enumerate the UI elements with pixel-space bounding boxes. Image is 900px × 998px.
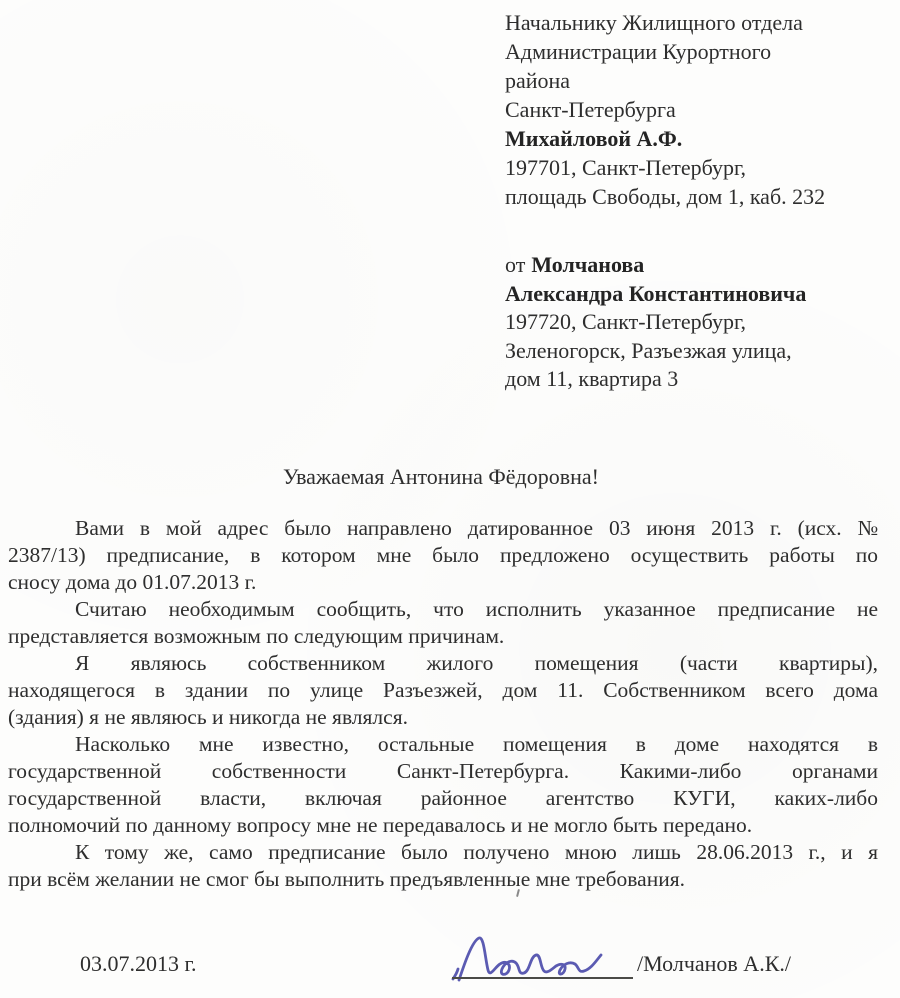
paragraph-4: Насколько мне известно, остальные помеще… xyxy=(8,731,878,839)
paragraph-2: Считаю необходимым сообщить, что исполни… xyxy=(8,596,878,650)
scan-artifact-mark xyxy=(516,889,520,897)
text-line: находящегося в здании по улице Разъезжей… xyxy=(8,677,878,704)
sender-address-line: 197720, Санкт-Петербург, xyxy=(505,308,885,337)
paragraph-3: Я являюсь собственником жилого помещения… xyxy=(8,650,878,731)
text-line: при всём желании не смог бы выполнить пр… xyxy=(8,866,878,893)
signature xyxy=(450,933,636,983)
text-line: Я являюсь собственником жилого помещения… xyxy=(8,650,878,677)
salutation: Уважаемая Антонина Фёдоровна! xyxy=(8,464,874,490)
text-line: представляется возможным по следующим пр… xyxy=(8,623,878,650)
recipient-line: Начальнику Жилищного отдела xyxy=(505,8,885,37)
recipient-address-line: площадь Свободы, дом 1, каб. 232 xyxy=(505,182,885,211)
text-line: К тому же, само предписание было получен… xyxy=(8,839,878,866)
recipient-line: района xyxy=(505,66,885,95)
text-line: сносу дома до 01.07.2013 г. xyxy=(8,569,878,596)
recipient-block: Начальнику Жилищного отдела Администраци… xyxy=(505,8,885,211)
letter-date: 03.07.2013 г. xyxy=(80,951,197,977)
sender-name-patronymic: Александра Константиновича xyxy=(505,280,885,309)
text-line: Насколько мне известно, остальные помеще… xyxy=(8,731,878,758)
letter-page: Начальнику Жилищного отдела Администраци… xyxy=(0,0,900,998)
text-line: Вами в мой адрес было направлено датиров… xyxy=(8,515,878,542)
text-line: (здания) я не являюсь и никогда не являл… xyxy=(8,704,878,731)
letter-body: Вами в мой адрес было направлено датиров… xyxy=(8,515,878,893)
paragraph-1: Вами в мой адрес было направлено датиров… xyxy=(8,515,878,596)
from-prefix: от xyxy=(505,252,525,277)
signature-ink xyxy=(453,938,601,980)
sender-address-line: дом 11, квартира 3 xyxy=(505,365,885,394)
text-line: полномочий по данному вопросу мне не пер… xyxy=(8,812,878,839)
paragraph-5: К тому же, само предписание было получен… xyxy=(8,839,878,893)
recipient-line: Администрации Курортного xyxy=(505,37,885,66)
text-line: Считаю необходимым сообщить, что исполни… xyxy=(8,596,878,623)
recipient-name: Михайловой А.Ф. xyxy=(505,124,885,153)
sender-surname: Молчанова xyxy=(531,252,644,277)
countersignature: /Молчанов А.К./ xyxy=(637,951,791,977)
signature-line xyxy=(452,977,633,979)
text-line: государственной собственности Санкт-Пете… xyxy=(8,758,878,785)
sender-address-line: Зеленогорск, Разъезжая улица, xyxy=(505,337,885,366)
text-line: государственной власти, включая районное… xyxy=(8,785,878,812)
recipient-address-line: 197701, Санкт-Петербург, xyxy=(505,153,885,182)
recipient-line: Санкт-Петербурга xyxy=(505,95,885,124)
sender-from-line: отМолчанова xyxy=(505,251,885,280)
signature-ink-svg xyxy=(450,933,636,983)
text-line: 2387/13) предписание, в котором мне было… xyxy=(8,542,878,569)
sender-block: отМолчанова Александра Константиновича 1… xyxy=(505,251,885,394)
